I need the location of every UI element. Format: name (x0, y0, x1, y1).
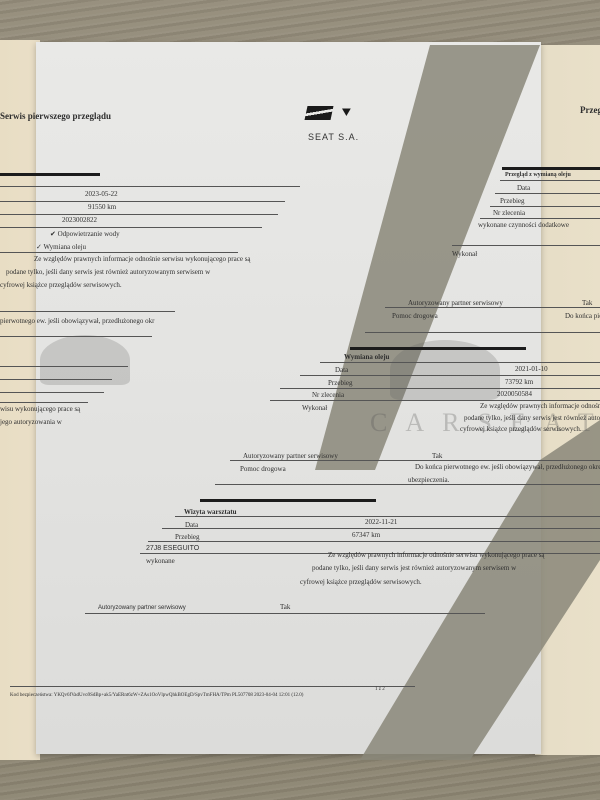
left-legal-line-3: cyfrowej książce przeglądów serwisowych. (0, 281, 122, 290)
rule (0, 252, 238, 253)
workshop-legal-line-3: cyfrowej książce przeglądów serwisowych. (300, 578, 422, 587)
check-icon: ✓ (36, 243, 42, 251)
top-right-performed-by: Wykonał (452, 250, 477, 259)
top-right-roadside-label: Pomoc drogowa (392, 312, 438, 321)
left-legal-line-2: podane tylko, jeśli dany serwis jest rów… (6, 268, 210, 277)
brand-logo: ⯆ SEAT S.A. (300, 100, 370, 145)
rule (320, 362, 600, 363)
checked-item-label: Wymiana oleju (44, 243, 87, 251)
left-warranty-fragment: pierwotnego ew. jeśli obowiązywał, przed… (0, 317, 154, 326)
rule (280, 388, 600, 389)
left-page-title: Serwis pierwszego przeglądu (0, 112, 111, 121)
footer-printed: 2023-04-04 12:01 (12.0) (254, 693, 303, 698)
rule (10, 686, 415, 687)
divider (502, 167, 600, 170)
rule (300, 375, 600, 376)
rule (0, 379, 112, 380)
oil-change-title: Wymiana oleju (344, 353, 389, 362)
rule (270, 400, 600, 401)
footer-code-value: YKQv6fVadUvo9SdBp+ak5/YaERnt6zW+ZAs1OoVl… (54, 693, 231, 698)
rule (175, 516, 600, 517)
right-page-title: Przegląd (580, 106, 600, 115)
left-legal-line-1: Ze względów prawnych informacje odnośnie… (34, 255, 251, 264)
rule (162, 528, 600, 529)
rule (490, 206, 600, 207)
rule (500, 180, 600, 181)
rule (0, 186, 300, 187)
oil-change-legal-line-1: Ze względów prawnych informacje odnośnie… (480, 402, 600, 411)
left-legal-fragment-3: jego autoryzowania w (0, 418, 62, 427)
oil-change-order-number: 2020050584 (497, 390, 532, 399)
rule (215, 484, 600, 485)
checked-item-1: ✔ Odpowietrzanie wody (50, 230, 120, 239)
workshop-mileage: 67347 km (352, 531, 380, 540)
checked-item-2: ✓ Wymiana oleju (36, 243, 86, 252)
top-right-order-label: Nr zlecenia (493, 209, 525, 218)
footer-code-label: Kod bezpieczeństwa (10, 693, 51, 698)
left-date-value: 2023-05-22 (85, 190, 118, 199)
rule (385, 307, 600, 308)
workshop-legal-line-1: Ze względów prawnych informacje odnośnie… (328, 551, 545, 560)
cupra-logo-icon: ⯆ (340, 103, 353, 123)
check-icon: ✔ (50, 230, 56, 238)
rule (148, 541, 600, 542)
rule (452, 245, 600, 246)
checked-item-label: Odpowietrzanie wody (58, 230, 120, 238)
left-order-number: 2023002822 (62, 216, 97, 225)
oil-change-mileage-label: Przebieg (328, 379, 353, 388)
workshop-partner-value: Tak (280, 603, 290, 612)
rule (230, 460, 600, 461)
oil-change-mileage: 73792 km (505, 378, 533, 387)
oil-change-roadside-value: Do końca pierwotnego ew. jeśli obowiązyw… (415, 463, 600, 472)
left-legal-fragment-2: wisu wykonującego prace są (0, 405, 80, 414)
workshop-performed-label: wykonane (146, 557, 175, 566)
oil-change-roadside-label: Pomoc drogowa (240, 465, 286, 474)
rule (0, 336, 152, 337)
oil-change-legal-line-2: podane tylko, jeśli dany serwis jest rów… (464, 414, 600, 423)
rule (0, 392, 104, 393)
top-right-roadside-value: Do końca pierwotnego ubezpieczenia. (565, 312, 600, 321)
rule (85, 613, 485, 614)
left-mileage-value: 91550 km (88, 203, 116, 212)
divider (200, 499, 376, 502)
rule (0, 227, 262, 228)
divider (350, 347, 526, 350)
oil-change-date-label: Data (335, 366, 348, 375)
seat-logo-icon (305, 106, 334, 120)
top-right-extra-work-label: wykonane czynności dodatkowe (478, 221, 569, 230)
oil-change-date: 2021-01-10 (515, 365, 548, 374)
workshop-legal-line-2: podane tylko, jeśli dany serwis jest rów… (312, 564, 516, 573)
workshop-order-number: 27J8 ESEGUITO (146, 544, 199, 553)
rule (0, 311, 175, 312)
workshop-date: 2022-11-21 (365, 518, 397, 527)
top-right-section-title: Przegląd z wymianą oleju (505, 171, 571, 180)
rule (0, 366, 128, 367)
footer-vin: PL507708 (232, 693, 253, 698)
rule (480, 218, 600, 219)
watermark-shape-left (40, 335, 130, 385)
left-page-strip (0, 40, 40, 760)
rule (365, 332, 600, 333)
oil-change-performed-by: Wykonał (302, 404, 327, 413)
divider (0, 173, 100, 176)
rule (495, 193, 600, 194)
top-right-date-label: Data (517, 184, 530, 193)
brand-name: SEAT S.A. (308, 132, 359, 142)
oil-change-legal-line-3: cyfrowej książce przeglądów serwisowych. (460, 425, 582, 434)
rule (0, 214, 278, 215)
footer-page-number: 1 z 2 (375, 685, 385, 694)
workshop-partner-label: Autoryzowany partner serwisowy (98, 604, 186, 613)
footer-security-code: Kod bezpieczeństwa: YKQv6fVadUvo9SdBp+ak… (10, 691, 303, 700)
oil-change-order-label: Nr zlecenia (312, 391, 344, 400)
top-right-mileage-label: Przebieg (500, 197, 525, 206)
rule (0, 201, 285, 202)
rule (0, 402, 88, 403)
